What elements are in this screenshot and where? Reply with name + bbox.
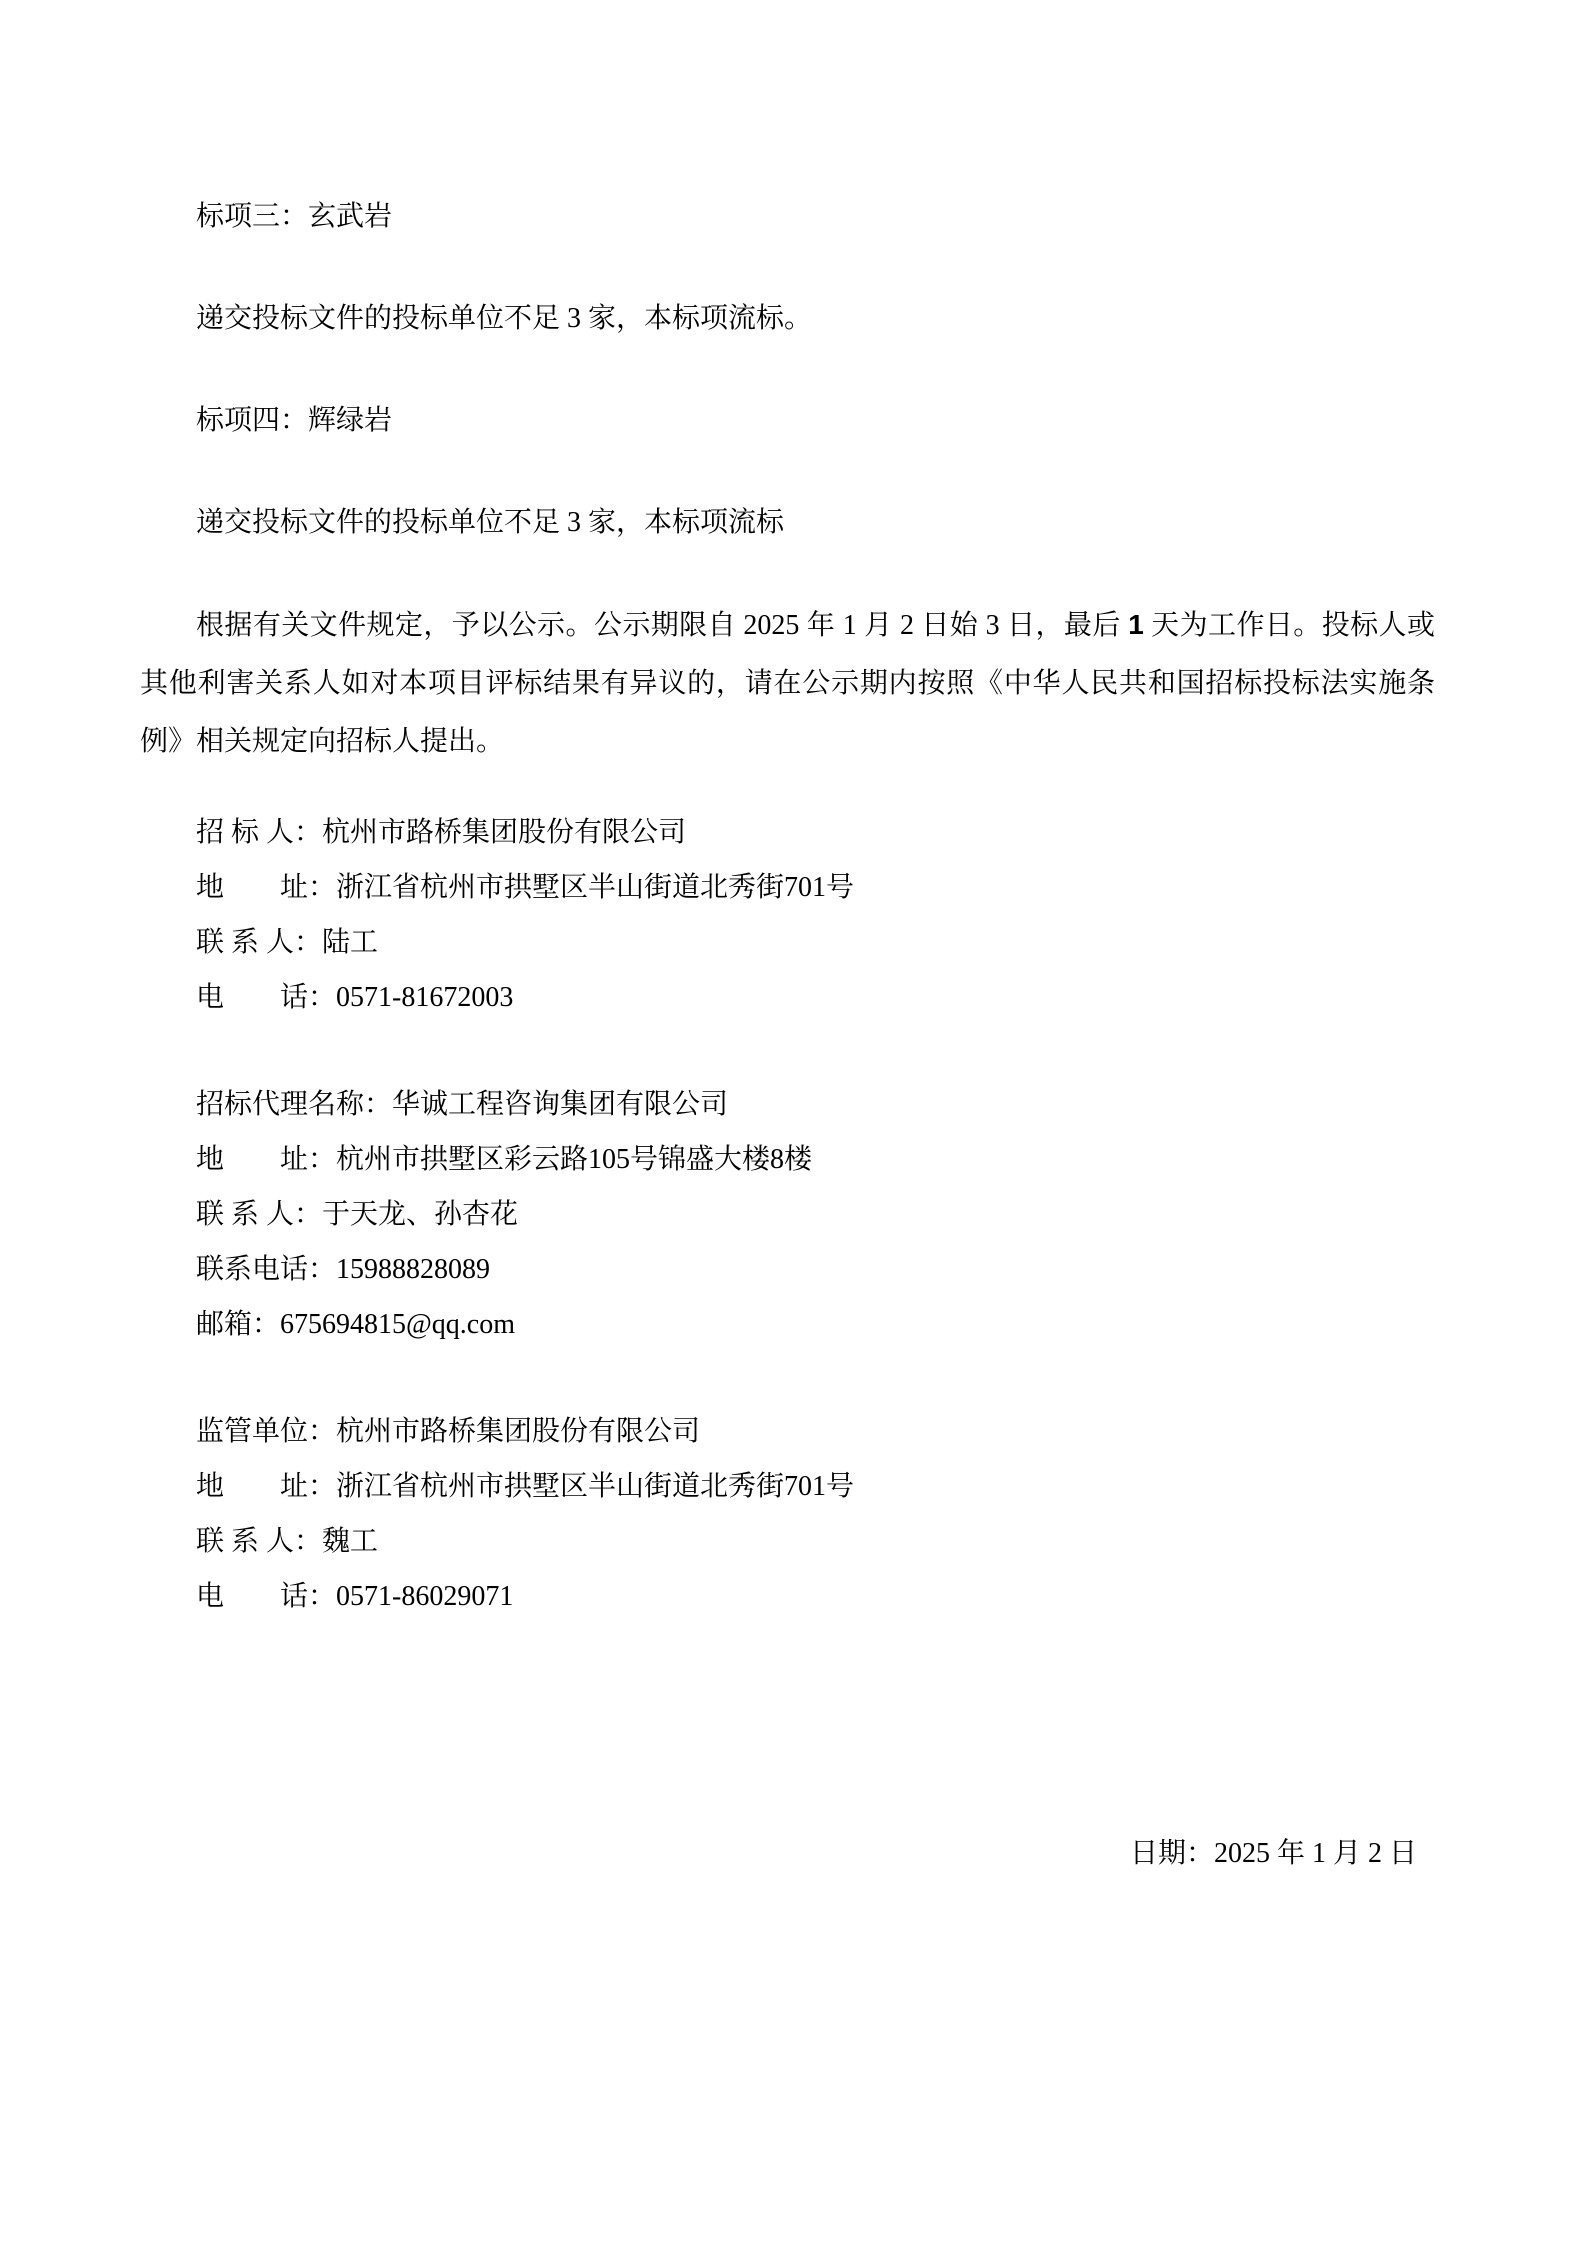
supervisor-info-block: 监管单位：杭州市路桥集团股份有限公司 地 址：浙江省杭州市拱墅区半山街道北秀街7… — [140, 1404, 1435, 1624]
supervisor-address-line: 地 址：浙江省杭州市拱墅区半山街道北秀街701号 — [140, 1459, 1435, 1514]
notice-bold-number: 1 — [1128, 609, 1144, 640]
tenderer-phone-line: 电 话：0571-81672003 — [140, 970, 1435, 1025]
tenderer-address-line: 地 址：浙江省杭州市拱墅区半山街道北秀街701号 — [140, 860, 1435, 915]
tenderer-info-block: 招 标 人：杭州市路桥集团股份有限公司 地 址：浙江省杭州市拱墅区半山街道北秀街… — [140, 805, 1435, 1025]
bid-item-3-result: 递交投标文件的投标单位不足 3 家，本标项流标。 — [140, 290, 1435, 348]
bid-item-3-title: 标项三：玄武岩 — [140, 188, 1435, 246]
agency-email-line: 邮箱：675694815@qq.com — [140, 1297, 1435, 1352]
agency-address-line: 地 址：杭州市拱墅区彩云路105号锦盛大楼8楼 — [140, 1132, 1435, 1187]
tenderer-contact-line: 联 系 人：陆工 — [140, 915, 1435, 970]
agency-name-line: 招标代理名称：华诚工程咨询集团有限公司 — [140, 1077, 1435, 1132]
tenderer-name-line: 招 标 人：杭州市路桥集团股份有限公司 — [140, 805, 1435, 860]
bid-item-4-title: 标项四：辉绿岩 — [140, 392, 1435, 450]
supervisor-name-line: 监管单位：杭州市路桥集团股份有限公司 — [140, 1404, 1435, 1459]
bid-item-4-result: 递交投标文件的投标单位不足 3 家，本标项流标 — [140, 494, 1435, 552]
supervisor-contact-line: 联 系 人：魏工 — [140, 1514, 1435, 1569]
supervisor-phone-line: 电 话：0571-86029071 — [140, 1569, 1435, 1624]
agency-contact-line: 联 系 人：于天龙、孙杏花 — [140, 1187, 1435, 1242]
publicity-notice-paragraph: 根据有关文件规定，予以公示。公示期限自 2025 年 1 月 2 日始 3 日，… — [140, 596, 1435, 771]
document-date-line: 日期：2025 年 1 月 2 日 — [140, 1825, 1417, 1883]
agency-phone-line: 联系电话：15988828089 — [140, 1242, 1435, 1297]
agency-info-block: 招标代理名称：华诚工程咨询集团有限公司 地 址：杭州市拱墅区彩云路105号锦盛大… — [140, 1077, 1435, 1352]
notice-text-before: 根据有关文件规定，予以公示。公示期限自 2025 年 1 月 2 日始 3 日，… — [196, 610, 1128, 641]
document-page: 标项三：玄武岩 递交投标文件的投标单位不足 3 家，本标项流标。 标项四：辉绿岩… — [0, 0, 1587, 2245]
